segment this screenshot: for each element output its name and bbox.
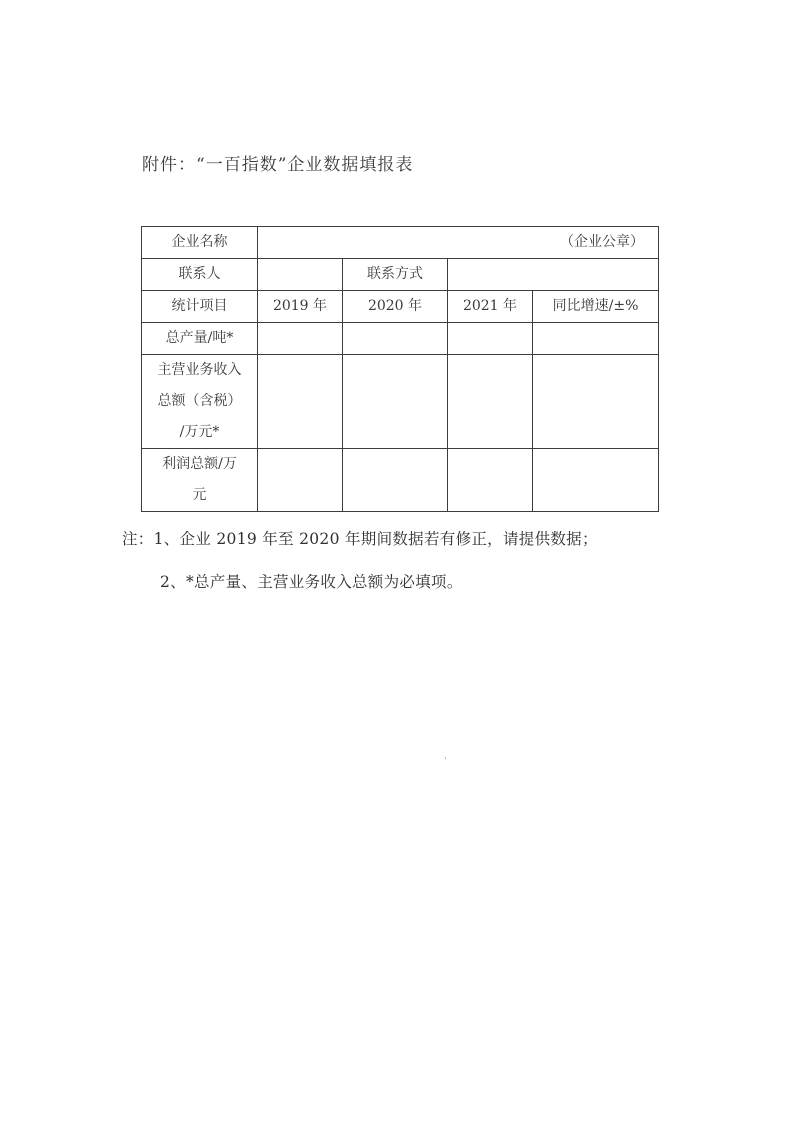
contact-method-field[interactable] [448, 259, 659, 291]
contact-person-label: 联系人 [142, 259, 258, 291]
header-item-label: 统计项目 [142, 291, 258, 323]
scan-speck [445, 757, 446, 759]
main-revenue-2020[interactable] [343, 355, 448, 449]
total-output-2020[interactable] [343, 323, 448, 355]
total-profit-label: 利润总额/万 元 [142, 449, 258, 512]
total-profit-2019[interactable] [258, 449, 343, 512]
main-revenue-label: 主营业务收入 总额（含税） /万元* [142, 355, 258, 449]
total-output-growth[interactable] [533, 323, 659, 355]
company-seal-note: （企业公章） [560, 234, 644, 250]
row-total-output: 总产量/吨* [142, 323, 659, 355]
note-1: 注：1、企业 2019 年至 2020 年期间数据若有修正，请提供数据； [122, 527, 598, 549]
header-yoy-growth: 同比增速/±% [533, 291, 659, 323]
main-revenue-label-line3: /万元* [142, 417, 257, 448]
total-profit-label-line2: 元 [142, 480, 257, 511]
note-2: 2、*总产量、主营业务收入总额为必填项。 [160, 570, 463, 592]
row-company-name: 企业名称 （企业公章） [142, 227, 659, 259]
main-revenue-label-line1: 主营业务收入 [142, 355, 257, 386]
total-output-2021[interactable] [448, 323, 533, 355]
row-header: 统计项目 2019 年 2020 年 2021 年 同比增速/±% [142, 291, 659, 323]
document-title: 附件：“一百指数”企业数据填报表 [142, 150, 413, 175]
company-name-field[interactable]: （企业公章） [258, 227, 659, 259]
header-2019: 2019 年 [258, 291, 343, 323]
total-profit-2020[interactable] [343, 449, 448, 512]
main-revenue-growth[interactable] [533, 355, 659, 449]
data-report-form: 企业名称 （企业公章） 联系人 联系方式 统计项目 2019 年 2020 年 … [141, 226, 659, 512]
contact-person-field[interactable] [258, 259, 343, 291]
main-revenue-label-line2: 总额（含税） [142, 386, 257, 417]
company-name-label: 企业名称 [142, 227, 258, 259]
main-revenue-2019[interactable] [258, 355, 343, 449]
total-profit-2021[interactable] [448, 449, 533, 512]
total-profit-label-line1: 利润总额/万 [142, 449, 257, 480]
row-total-profit: 利润总额/万 元 [142, 449, 659, 512]
row-contact: 联系人 联系方式 [142, 259, 659, 291]
main-revenue-2021[interactable] [448, 355, 533, 449]
header-2021: 2021 年 [448, 291, 533, 323]
header-2020: 2020 年 [343, 291, 448, 323]
total-profit-growth[interactable] [533, 449, 659, 512]
contact-method-label: 联系方式 [343, 259, 448, 291]
total-output-label: 总产量/吨* [142, 323, 258, 355]
total-output-2019[interactable] [258, 323, 343, 355]
row-main-revenue: 主营业务收入 总额（含税） /万元* [142, 355, 659, 449]
